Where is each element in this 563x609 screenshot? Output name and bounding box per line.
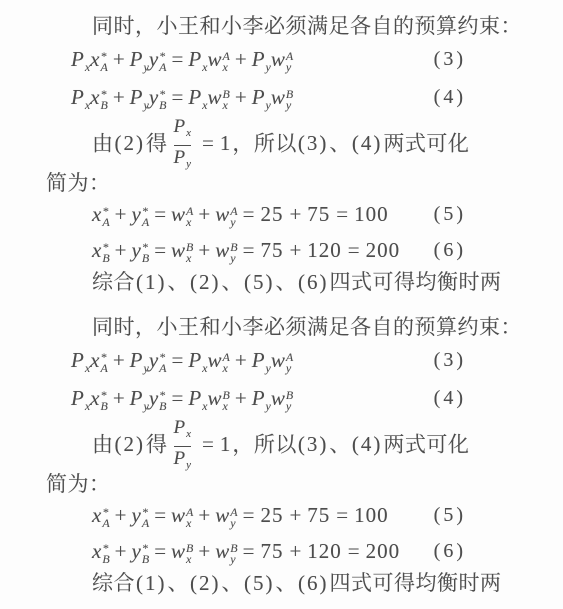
sub-sup-stack: *A xyxy=(159,352,166,374)
math-var: Px xyxy=(71,85,90,109)
sub-sup-stack: *B xyxy=(100,390,107,412)
subscript: x xyxy=(223,62,230,73)
subscript: y xyxy=(286,401,293,412)
simplify-label: 简为： xyxy=(46,471,563,497)
equation-reference: (3) xyxy=(298,432,329,456)
sub-sup-stack: *A xyxy=(102,206,109,228)
sub-sup-stack: By xyxy=(286,390,293,412)
cjk-text: 两式可化 xyxy=(383,432,469,456)
sub-sup-stack: Ax xyxy=(186,206,193,228)
cjk-text: 简为： xyxy=(46,472,111,496)
simplify-label: 简为： xyxy=(46,170,563,196)
math-var: wBx xyxy=(208,85,230,109)
sub-sup-stack: Bx xyxy=(186,543,193,565)
math-var: Py xyxy=(252,386,271,410)
math-var: x*B xyxy=(90,85,108,109)
cjk-text: 综合 xyxy=(92,571,135,595)
math-operator: = xyxy=(243,238,255,262)
equation-4-number: (4) xyxy=(434,379,466,417)
sub-sup-stack: *B xyxy=(102,242,109,264)
math-operator: + xyxy=(235,47,247,71)
math-operator: + xyxy=(235,348,247,372)
math-var: wBx xyxy=(171,539,193,563)
subscript: B xyxy=(159,100,166,111)
math-var: wBx xyxy=(208,386,230,410)
math-number: 1 xyxy=(220,131,232,155)
passage-block-2: 同时，小王和小李必须满足各自的预算约束： Pxx*A+Pyy*A=PxwAx+P… xyxy=(0,301,563,597)
math-operator: + xyxy=(198,503,210,527)
sub-sup-stack: Ay xyxy=(286,51,293,73)
sub-sup-stack: *A xyxy=(102,507,109,529)
subscript: A xyxy=(159,363,166,374)
derivation-sentence: 由(2)得PxPy=1，所以(3)、(4)两式可化 xyxy=(92,417,563,471)
equation-6-number: (6) xyxy=(434,533,466,569)
math-number: 75 xyxy=(260,539,283,563)
equation-reference: (1) xyxy=(136,571,167,595)
math-var: x*A xyxy=(90,47,108,71)
equation-5-expression: x*A+y*A=wAx+wAy=25+75=100 xyxy=(92,202,390,226)
math-var: wAy xyxy=(271,348,293,372)
cjk-text: 、 xyxy=(329,432,351,456)
sub-sup-stack: *B xyxy=(159,89,166,111)
equation-6-expression: x*B+y*B=wBx+wBy=75+120=200 xyxy=(92,539,401,563)
equation-row-3: Pxx*A+Pyy*A=PxwAx+PywAy (3) xyxy=(71,40,563,78)
math-var: x*B xyxy=(92,539,110,563)
math-var: Px xyxy=(71,386,90,410)
math-var: Py xyxy=(130,85,149,109)
cjk-text: 、 xyxy=(168,571,190,595)
math-var: y*B xyxy=(149,85,167,109)
subscript: A xyxy=(159,62,166,73)
equation-reference: (6) xyxy=(298,270,329,294)
subscript: x xyxy=(186,217,193,228)
math-number: 200 xyxy=(366,238,401,262)
math-var: x*B xyxy=(92,238,110,262)
math-operator: = xyxy=(243,202,255,226)
cjk-text: 简为： xyxy=(46,171,111,195)
equation-6-expression: x*B+y*B=wBx+wBy=75+120=200 xyxy=(92,238,401,262)
sub-sup-stack: By xyxy=(230,242,237,264)
sub-sup-stack: *B xyxy=(142,543,149,565)
subscript: x xyxy=(202,98,207,112)
math-var: Px xyxy=(71,47,90,71)
subscript: x xyxy=(186,428,191,440)
math-var: wBy xyxy=(271,85,293,109)
math-operator: + xyxy=(289,238,301,262)
math-var: x*A xyxy=(90,348,108,372)
math-operator: + xyxy=(113,47,125,71)
sub-sup-stack: *B xyxy=(102,543,109,565)
subscript: B xyxy=(100,401,107,412)
equation-4-expression: Pxx*B+Pyy*B=PxwBx+PywBy xyxy=(71,85,293,109)
subscript: A xyxy=(100,62,107,73)
cjk-text: 综合 xyxy=(92,270,135,294)
math-var: Py xyxy=(174,448,192,469)
math-operator: + xyxy=(115,202,127,226)
subscript: x xyxy=(186,253,193,264)
math-operator: + xyxy=(289,202,301,226)
math-operator: = xyxy=(336,503,348,527)
math-operator: = xyxy=(154,539,166,563)
math-var: y*B xyxy=(132,238,150,262)
equation-reference: (5) xyxy=(244,270,275,294)
math-var: wAx xyxy=(208,348,230,372)
math-var: x*B xyxy=(90,386,108,410)
subscript: A xyxy=(142,518,149,529)
math-operator: = xyxy=(202,432,214,456)
math-var: Py xyxy=(252,85,271,109)
math-var: Py xyxy=(252,47,271,71)
equation-3-number: (3) xyxy=(434,341,466,379)
cjk-text: 四式可得均衡时两 xyxy=(330,270,502,294)
math-var: Py xyxy=(130,348,149,372)
math-number: 75 xyxy=(260,238,283,262)
sub-sup-stack: *A xyxy=(100,352,107,374)
math-var: wAx xyxy=(208,47,230,71)
cjk-text: 、 xyxy=(329,131,351,155)
equation-5-expression: x*A+y*A=wAx+wAy=25+75=100 xyxy=(92,503,390,527)
math-var: wAy xyxy=(215,503,237,527)
sub-sup-stack: Ay xyxy=(230,206,237,228)
math-number: 25 xyxy=(260,202,283,226)
math-var: x*A xyxy=(92,202,110,226)
equation-reference: (2) xyxy=(190,270,221,294)
subscript: y xyxy=(230,217,237,228)
subscript: x xyxy=(186,554,193,565)
sub-sup-stack: Bx xyxy=(223,390,230,412)
fraction-bar xyxy=(174,145,192,146)
fraction-bar xyxy=(174,446,192,447)
equation-reference: (1) xyxy=(136,270,167,294)
subscript: B xyxy=(100,100,107,111)
subscript: x xyxy=(223,401,230,412)
math-operator: = xyxy=(172,348,184,372)
subscript: B xyxy=(159,401,166,412)
math-var: Px xyxy=(188,47,207,71)
equation-reference: (3) xyxy=(298,131,329,155)
math-operator: + xyxy=(113,85,125,109)
sub-sup-stack: By xyxy=(286,89,293,111)
cjk-text: 、 xyxy=(276,571,298,595)
sub-sup-stack: Bx xyxy=(223,89,230,111)
equation-row-5: x*A+y*A=wAx+wAy=25+75=100 (5) xyxy=(92,497,563,533)
equation-4-expression: Pxx*B+Pyy*B=PxwBx+PywBy xyxy=(71,386,293,410)
math-operator: + xyxy=(289,503,301,527)
math-operator: = xyxy=(172,386,184,410)
sub-sup-stack: *A xyxy=(142,507,149,529)
fraction-numerator: Px xyxy=(174,116,192,144)
cjk-text: 四式可得均衡时两 xyxy=(330,571,502,595)
equation-3-number: (3) xyxy=(434,40,466,78)
math-operator: + xyxy=(198,202,210,226)
math-var: y*A xyxy=(132,503,150,527)
equation-row-5: x*A+y*A=wAx+wAy=25+75=100 (5) xyxy=(92,196,563,232)
math-number: 120 xyxy=(307,238,342,262)
math-operator: + xyxy=(115,539,127,563)
subscript: A xyxy=(102,518,109,529)
math-number: 1 xyxy=(220,432,232,456)
equation-row-6: x*B+y*B=wBx+wBy=75+120=200 (6) xyxy=(92,232,563,268)
equation-5-number: (5) xyxy=(434,497,466,533)
intro-sentence: 同时，小王和小李必须满足各自的预算约束： xyxy=(92,313,563,341)
equation-row-4: Pxx*B+Pyy*B=PxwBx+PywBy (4) xyxy=(71,78,563,116)
equation-reference: (6) xyxy=(298,571,329,595)
derivation-sentence: 由(2)得PxPy=1，所以(3)、(4)两式可化 xyxy=(92,116,563,170)
math-operator: + xyxy=(198,539,210,563)
math-operator: = xyxy=(336,202,348,226)
equation-5-number: (5) xyxy=(434,196,466,232)
fraction: PxPy xyxy=(174,417,192,476)
subscript: A xyxy=(102,217,109,228)
math-operator: + xyxy=(113,386,125,410)
math-operator: = xyxy=(348,539,360,563)
equation-reference: (2) xyxy=(115,432,146,456)
cjk-text: 、 xyxy=(222,571,244,595)
math-var: y*A xyxy=(149,348,167,372)
equation-reference: (2) xyxy=(115,131,146,155)
equation-4-number: (4) xyxy=(434,78,466,116)
equation-row-4: Pxx*B+Pyy*B=PxwBx+PywBy (4) xyxy=(71,379,563,417)
subscript: x xyxy=(223,100,230,111)
math-var: wBy xyxy=(215,539,237,563)
math-var: wAy xyxy=(271,47,293,71)
fraction-numerator: Px xyxy=(174,417,192,445)
conclusion-sentence: 综合(1)、(2)、(5)、(6)四式可得均衡时两 xyxy=(92,569,563,597)
subscript: x xyxy=(223,363,230,374)
math-operator: = xyxy=(202,131,214,155)
sub-sup-stack: Ax xyxy=(186,507,193,529)
math-var: y*A xyxy=(149,47,167,71)
math-operator: = xyxy=(172,85,184,109)
sub-sup-stack: *B xyxy=(100,89,107,111)
math-operator: + xyxy=(235,386,247,410)
math-operator: = xyxy=(154,238,166,262)
math-var: wAx xyxy=(171,503,193,527)
sub-sup-stack: Ay xyxy=(230,507,237,529)
subscript: y xyxy=(230,518,237,529)
sub-sup-stack: Ay xyxy=(286,352,293,374)
sub-sup-stack: *A xyxy=(100,51,107,73)
subscript: B xyxy=(102,554,109,565)
math-number: 75 xyxy=(307,202,330,226)
math-var: Py xyxy=(252,348,271,372)
math-operator: = xyxy=(154,202,166,226)
math-operator: = xyxy=(154,503,166,527)
cjk-text: ，所以 xyxy=(232,131,297,155)
equation-3-expression: Pxx*A+Pyy*A=PxwAx+PywAy xyxy=(71,348,293,372)
math-var: Px xyxy=(188,348,207,372)
math-var: Py xyxy=(130,386,149,410)
cjk-text: 由 xyxy=(92,432,114,456)
math-var: Px xyxy=(188,386,207,410)
sub-sup-stack: *B xyxy=(142,242,149,264)
subscript: B xyxy=(102,253,109,264)
math-var: wAx xyxy=(171,202,193,226)
math-var: wBy xyxy=(215,238,237,262)
cjk-text: 得 xyxy=(146,432,168,456)
math-var: Px xyxy=(188,85,207,109)
math-operator: + xyxy=(198,238,210,262)
subscript: y xyxy=(286,100,293,111)
cjk-text: 由 xyxy=(92,131,114,155)
math-operator: + xyxy=(115,238,127,262)
math-var: Py xyxy=(174,147,192,168)
sub-sup-stack: By xyxy=(230,543,237,565)
math-number: 25 xyxy=(260,503,283,527)
cjk-text: 、 xyxy=(168,270,190,294)
math-var: x*A xyxy=(92,503,110,527)
passage-block-1: 同时，小王和小李必须满足各自的预算约束： Pxx*A+Pyy*A=PxwAx+P… xyxy=(0,0,563,296)
equation-row-3: Pxx*A+Pyy*A=PxwAx+PywAy (3) xyxy=(71,341,563,379)
fraction: PxPy xyxy=(174,116,192,175)
math-var: y*A xyxy=(132,202,150,226)
subscript: x xyxy=(186,127,191,139)
math-number: 200 xyxy=(366,539,401,563)
equation-reference: (4) xyxy=(352,131,383,155)
subscript: y xyxy=(230,253,237,264)
math-operator: + xyxy=(289,539,301,563)
sub-sup-stack: Ax xyxy=(223,352,230,374)
subscript: B xyxy=(142,253,149,264)
equation-6-number: (6) xyxy=(434,232,466,268)
sub-sup-stack: Bx xyxy=(186,242,193,264)
subscript: y xyxy=(186,158,191,170)
subscript: A xyxy=(100,363,107,374)
document-page: 同时，小王和小李必须满足各自的预算约束： Pxx*A+Pyy*A=PxwAx+P… xyxy=(0,0,563,609)
math-var: wBy xyxy=(271,386,293,410)
math-var: wAy xyxy=(215,202,237,226)
subscript: x xyxy=(186,518,193,529)
math-number: 75 xyxy=(307,503,330,527)
math-var: Px xyxy=(71,348,90,372)
math-var: wBx xyxy=(171,238,193,262)
sub-sup-stack: *A xyxy=(142,206,149,228)
math-var: y*B xyxy=(132,539,150,563)
subscript: A xyxy=(142,217,149,228)
math-var: Px xyxy=(174,116,192,137)
math-operator: + xyxy=(115,503,127,527)
subscript: x xyxy=(202,60,207,74)
equation-3-expression: Pxx*A+Pyy*A=PxwAx+PywAy xyxy=(71,47,293,71)
cjk-text: 、 xyxy=(276,270,298,294)
math-var: y*B xyxy=(149,386,167,410)
subscript: y xyxy=(186,459,191,471)
math-operator: = xyxy=(348,238,360,262)
equation-row-6: x*B+y*B=wBx+wBy=75+120=200 (6) xyxy=(92,533,563,569)
equation-reference: (5) xyxy=(244,571,275,595)
sub-sup-stack: *A xyxy=(159,51,166,73)
cjk-text: 同时，小王和小李必须满足各自的预算约束： xyxy=(92,14,522,38)
math-operator: + xyxy=(113,348,125,372)
math-operator: = xyxy=(243,539,255,563)
math-var: Px xyxy=(174,417,192,438)
math-operator: = xyxy=(243,503,255,527)
math-operator: + xyxy=(235,85,247,109)
subscript: x xyxy=(202,361,207,375)
math-number: 100 xyxy=(354,202,389,226)
conclusion-sentence: 综合(1)、(2)、(5)、(6)四式可得均衡时两 xyxy=(92,268,563,296)
math-number: 120 xyxy=(307,539,342,563)
sub-sup-stack: *B xyxy=(159,390,166,412)
subscript: y xyxy=(286,363,293,374)
intro-sentence: 同时，小王和小李必须满足各自的预算约束： xyxy=(92,12,563,40)
subscript: y xyxy=(230,554,237,565)
cjk-text: 同时，小王和小李必须满足各自的预算约束： xyxy=(92,315,522,339)
cjk-text: 、 xyxy=(222,270,244,294)
math-operator: = xyxy=(172,47,184,71)
subscript: B xyxy=(142,554,149,565)
cjk-text: 得 xyxy=(146,131,168,155)
equation-reference: (2) xyxy=(190,571,221,595)
math-number: 100 xyxy=(354,503,389,527)
equation-reference: (4) xyxy=(352,432,383,456)
subscript: x xyxy=(202,399,207,413)
sub-sup-stack: Ax xyxy=(223,51,230,73)
subscript: y xyxy=(286,62,293,73)
math-var: Py xyxy=(130,47,149,71)
cjk-text: ，所以 xyxy=(232,432,297,456)
cjk-text: 两式可化 xyxy=(383,131,469,155)
